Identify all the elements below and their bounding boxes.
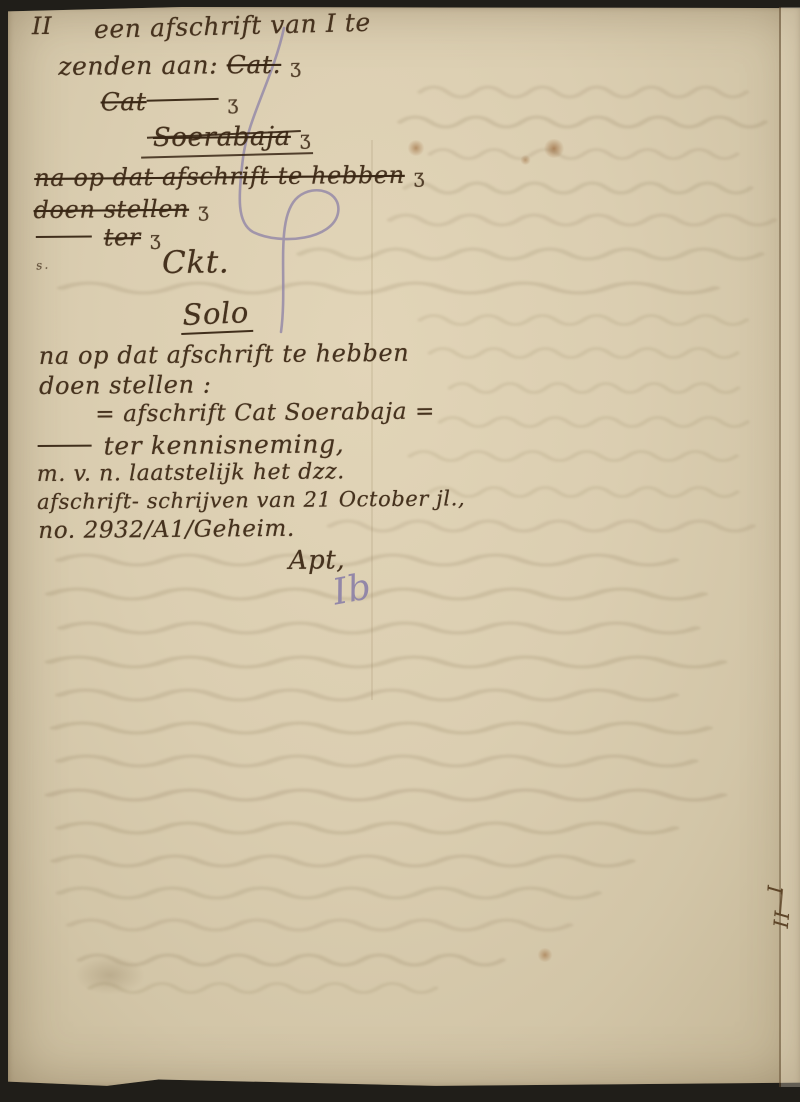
line-3: Catʒ: [101, 86, 239, 116]
body-line-5: m. v. n. laatstelijk het dzz.: [37, 459, 345, 487]
line-2: zenden aan: Cat.ʒ: [58, 50, 301, 81]
body-line-2: doen stellen :: [39, 371, 212, 401]
heading-solo-text: Solo: [180, 295, 254, 335]
line-7: terʒ: [36, 223, 162, 252]
dash-line: [36, 235, 92, 237]
body-line-3: = afschrift Cat Soerabaja =: [95, 399, 435, 428]
pen-flourish: ʒ: [300, 128, 312, 150]
line-5: na op dat afschrift te hebbenʒ: [34, 161, 425, 192]
pencil-initials: Ib: [329, 566, 374, 613]
underline-extension: [141, 152, 313, 159]
body-line-1: na op dat afschrift te hebben: [39, 339, 410, 370]
body-line-4-text: ter kennisneming,: [104, 429, 345, 460]
line-6-struck-text: doen stellen: [33, 195, 189, 224]
strike-extension-line: [146, 97, 218, 101]
pen-flourish: ʒ: [227, 92, 239, 114]
heading-solo: Solo: [180, 296, 253, 334]
pen-flourish: ʒ: [198, 200, 210, 222]
line-6: doen stellenʒ: [33, 195, 209, 225]
scanned-document-page: II een afschrift van I te zenden aan: Ca…: [0, 0, 800, 1102]
handwriting-layer: II een afschrift van I te zenden aan: Ca…: [0, 0, 800, 1102]
line-7-struck-text: ter: [104, 223, 141, 251]
line-3-struck-text: Cat: [101, 87, 147, 116]
heading-ckt: Ckt.: [162, 244, 230, 281]
pen-flourish: ʒ: [290, 56, 302, 78]
line-1: een afschrift van I te: [94, 8, 372, 44]
body-line-6: afschrift- schrijven van 21 October jl.,: [37, 486, 465, 514]
body-line-7: no. 2932/A1/Geheim.: [38, 516, 295, 544]
dash-line: [38, 444, 92, 446]
line-4-struck-text: Soerabaja: [153, 122, 291, 153]
pen-flourish: ʒ: [414, 166, 426, 188]
edge-numeral-bottom: II: [768, 910, 793, 930]
edge-numeral-top: I: [762, 885, 787, 896]
line-4: Soerabajaʒ: [153, 122, 311, 153]
line-2-prefix: zenden aan:: [58, 50, 218, 80]
body-line-4: ter kennisneming,: [38, 429, 345, 461]
pen-flourish: ʒ: [150, 228, 162, 250]
line-2-struck-text: Cat.: [227, 50, 282, 79]
line-5-struck-text: na op dat afschrift te hebben: [34, 161, 405, 192]
left-margin-mark: s.: [35, 257, 50, 272]
section-marker: II: [32, 12, 52, 40]
